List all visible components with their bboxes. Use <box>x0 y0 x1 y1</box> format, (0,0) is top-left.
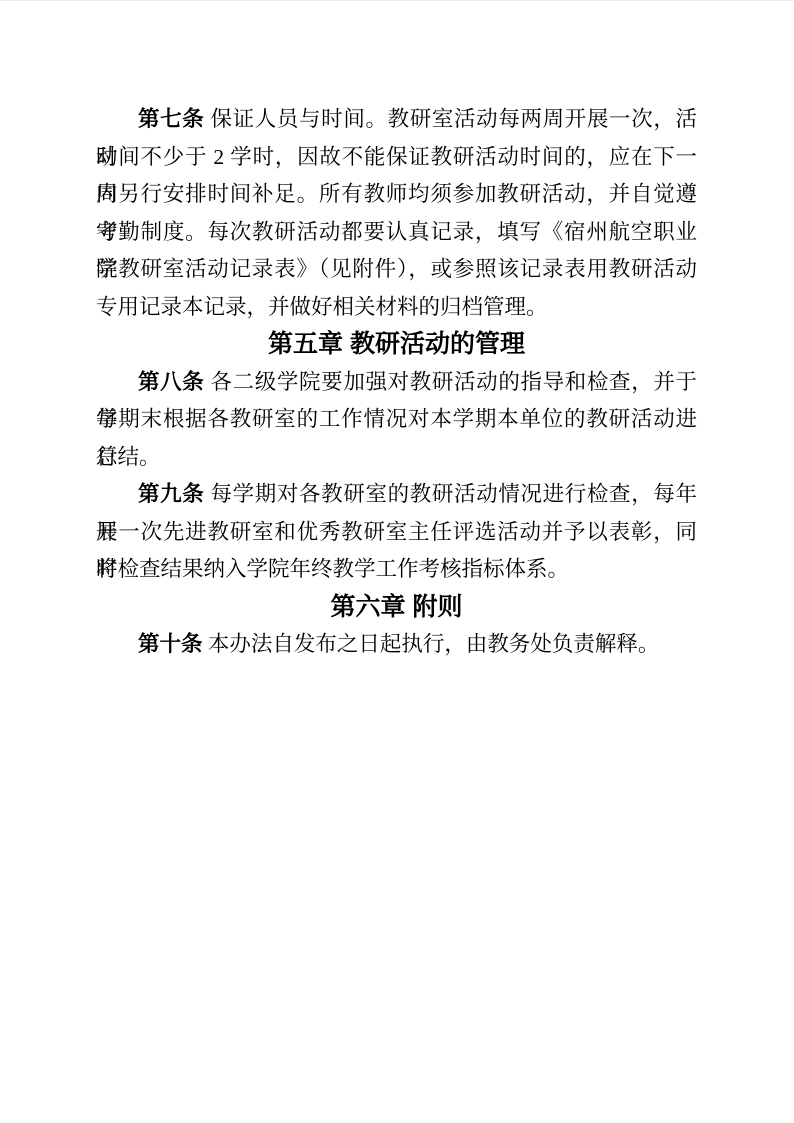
paragraph-line: 内另行安排时间补足。所有教师均须参加教研活动，并自觉遵守 <box>96 176 697 214</box>
paragraph-line: 展一次先进教研室和优秀教研室主任评选活动并予以表彰，同时 <box>96 514 697 552</box>
article-number: 第八条 <box>138 370 204 394</box>
paragraph-line: 院教研室活动记录表》（见附件），或参照该记录表用教研活动 <box>96 251 697 289</box>
paragraph-first-line: 第七条 保证人员与时间。教研室活动每两周开展一次，活动 <box>96 101 697 139</box>
document-page: 第七条 保证人员与时间。教研室活动每两周开展一次，活动时间不少于 2 学时，因故… <box>0 0 794 1123</box>
document-body: 第七条 保证人员与时间。教研室活动每两周开展一次，活动时间不少于 2 学时，因故… <box>96 101 697 664</box>
paragraph-first-line: 第九条 每学期对各教研室的教研活动情况进行检查，每年开 <box>96 476 697 514</box>
paragraph-line: 考勤制度。每次教研活动都要认真记录，填写《宿州航空职业学 <box>96 214 697 252</box>
chapter-heading: 第六章 附则 <box>96 589 697 627</box>
paragraph-line: 专用记录本记录，并做好相关材料的归档管理。 <box>96 289 697 327</box>
paragraph-line: 将检查结果纳入学院年终教学工作考核指标体系。 <box>96 551 697 589</box>
article-number: 第七条 <box>138 107 204 131</box>
article-number: 第十条 <box>138 632 203 656</box>
chapter-heading: 第五章 教研活动的管理 <box>96 326 697 364</box>
paragraph-line: 时间不少于 2 学时，因故不能保证教研活动时间的，应在下一周 <box>96 139 697 177</box>
paragraph-line: 总结。 <box>96 439 697 477</box>
paragraph-first-line: 第八条 各二级学院要加强对教研活动的指导和检查，并于每 <box>96 364 697 402</box>
paragraph-first-line: 第十条 本办法自发布之日起执行，由教务处负责解释。 <box>96 626 697 664</box>
article-number: 第九条 <box>138 482 204 506</box>
paragraph-line: 学期末根据各教研室的工作情况对本学期本单位的教研活动进行 <box>96 401 697 439</box>
